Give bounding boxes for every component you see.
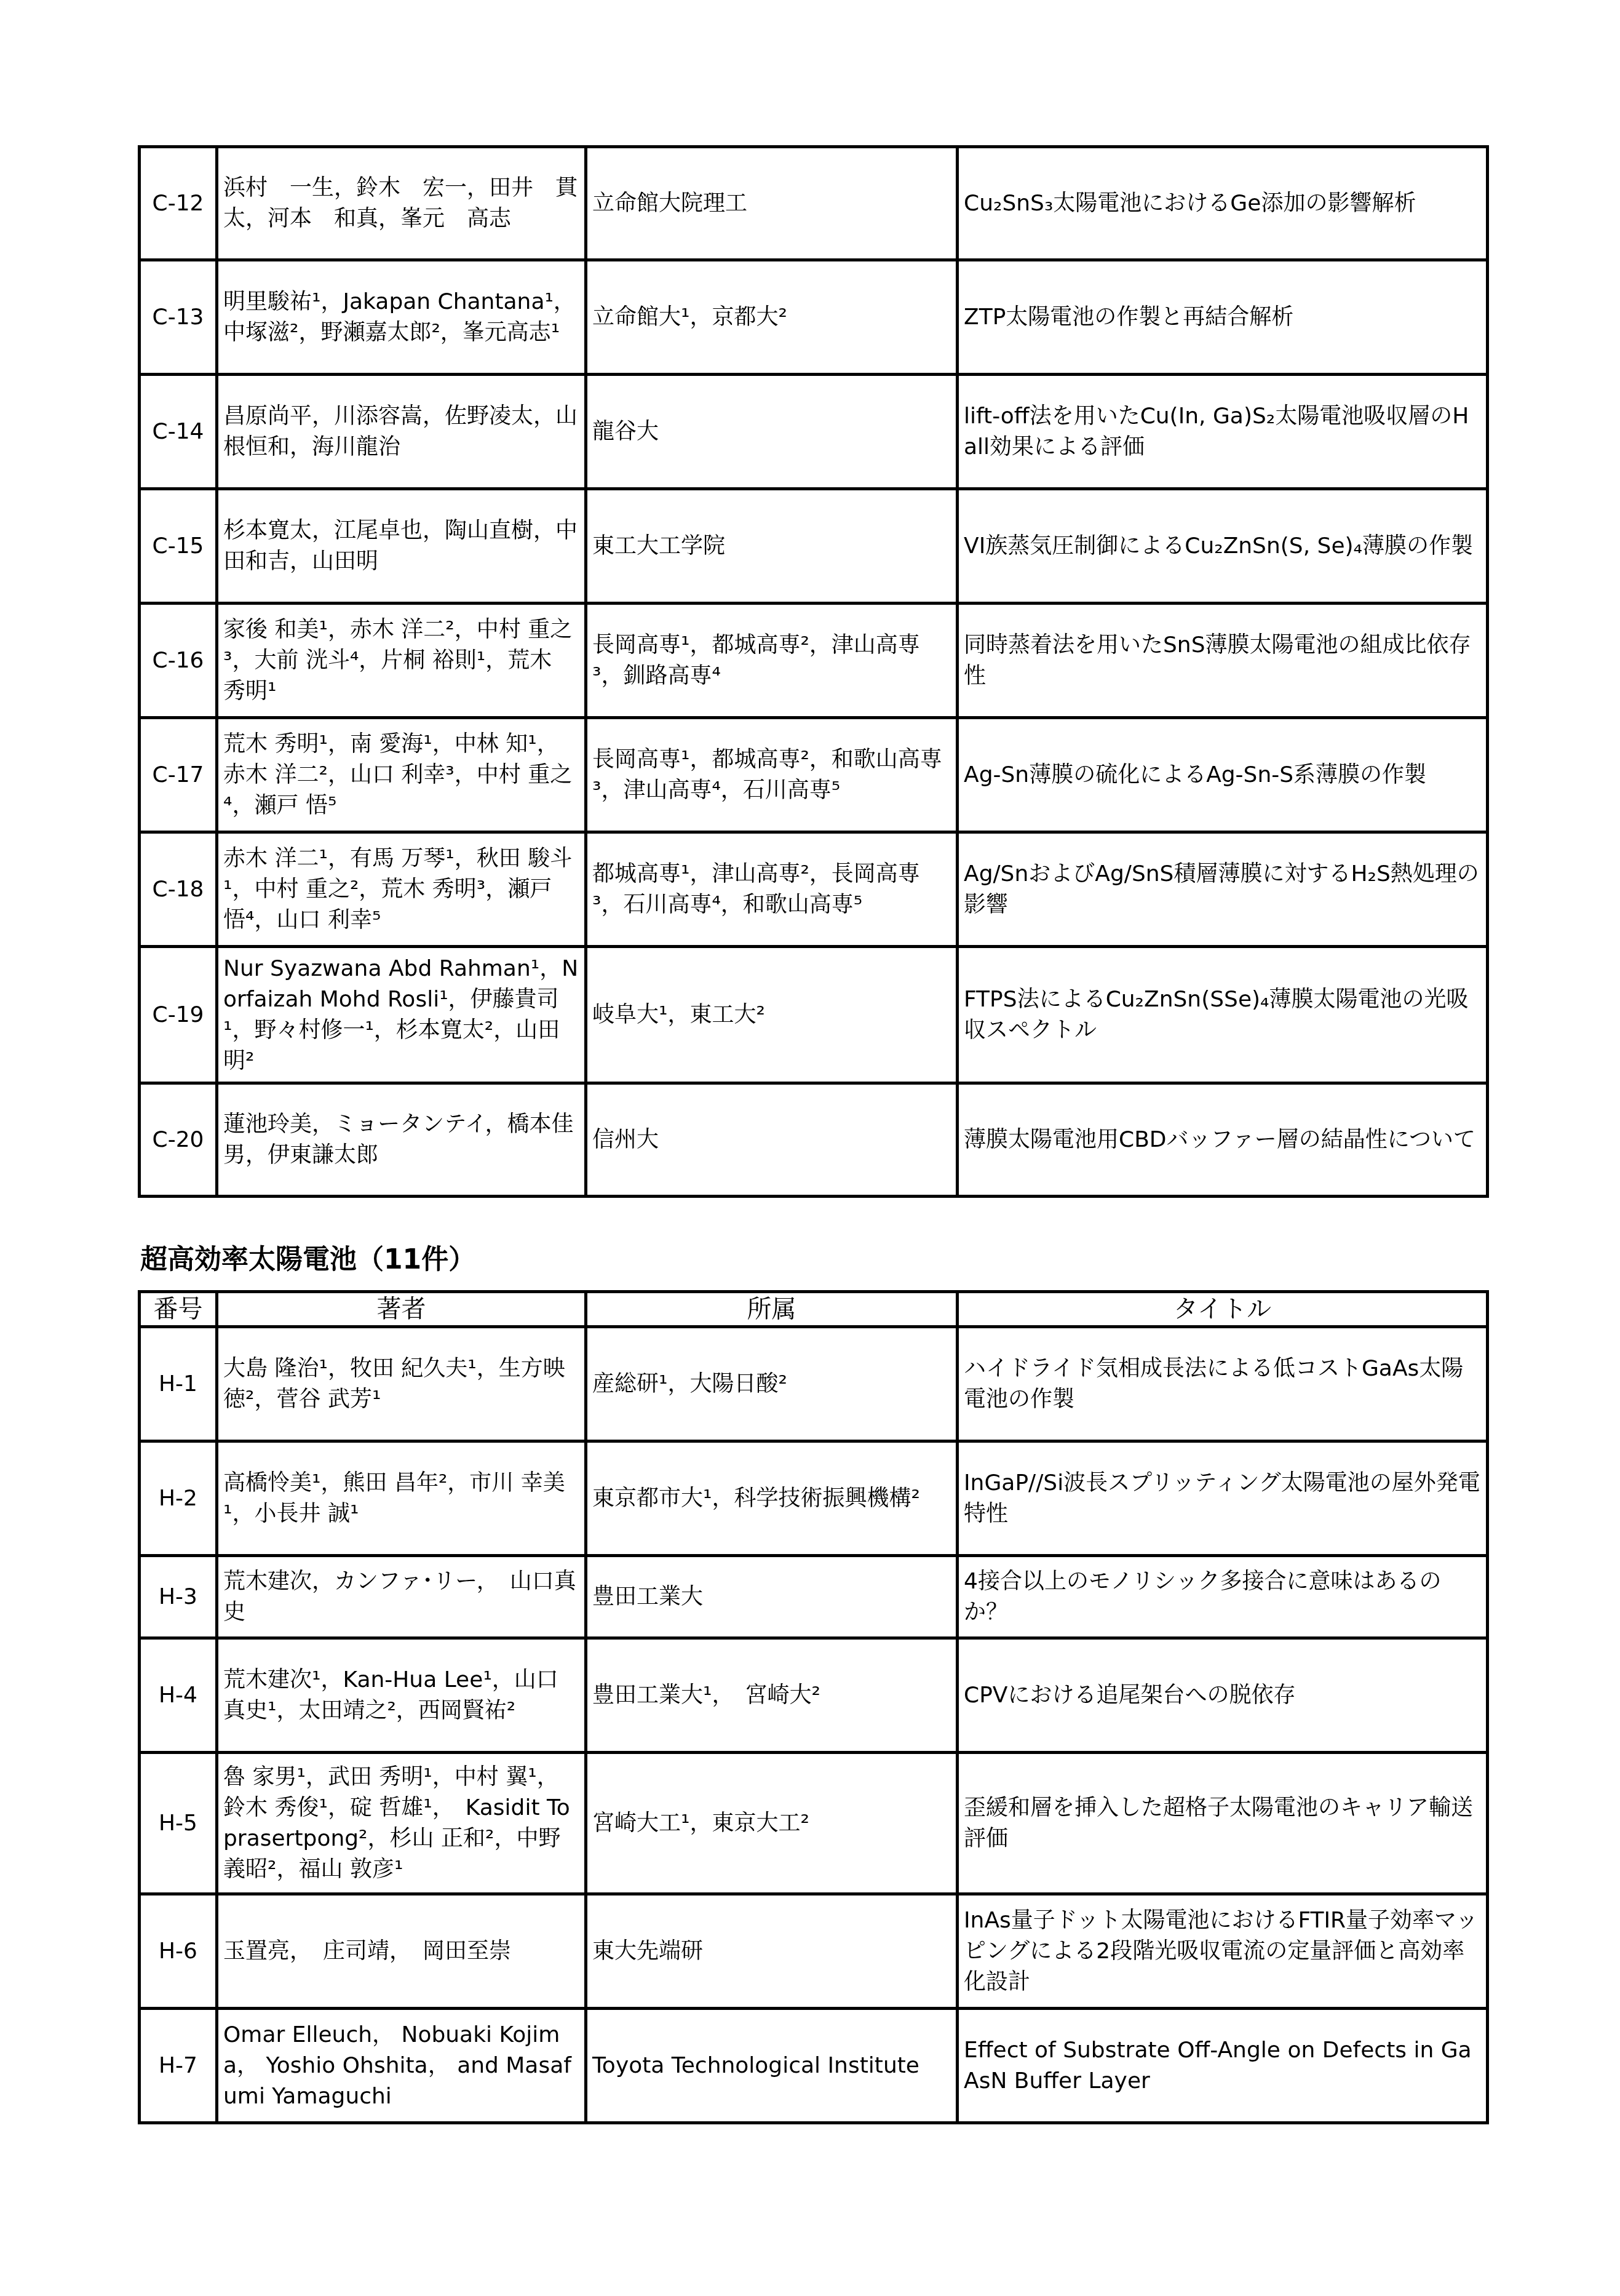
table-row: C-18赤木 洋二¹，有馬 万琴¹，秋田 駿斗¹，中村 重之²，荒木 秀明³，瀬… [140, 832, 1488, 947]
cell-title: 同時蒸着法を用いたSnS薄膜太陽電池の組成比依存性 [958, 604, 1488, 718]
table-row: H-6玉置亮， 庄司靖， 岡田至崇東大先端研InAs量子ドット太陽電池におけるF… [140, 1894, 1488, 2009]
cell-affiliation: 東工大工学院 [586, 489, 958, 604]
cell-authors: 高橋怜美¹，熊田 昌年²，市川 幸美¹，小長井 誠¹ [217, 1441, 586, 1556]
table-h-sessions: 番号 著者 所属 タイトル H-1大島 隆治¹，牧田 紀久夫¹，生方映徳²，菅谷… [138, 1290, 1489, 2124]
cell-title: 薄膜太陽電池用CBDバッファー層の結晶性について [958, 1083, 1488, 1197]
cell-number: C-17 [140, 718, 217, 832]
table-row: C-16家後 和美¹，赤木 洋二²，中村 重之³，大前 洸斗⁴，片桐 裕則¹，荒… [140, 604, 1488, 718]
header-authors: 著者 [217, 1292, 586, 1327]
cell-authors: 大島 隆治¹，牧田 紀久夫¹，生方映徳²，菅谷 武芳¹ [217, 1327, 586, 1441]
cell-number: H-5 [140, 1753, 217, 1894]
cell-authors: 赤木 洋二¹，有馬 万琴¹，秋田 駿斗¹，中村 重之²，荒木 秀明³，瀬戸 悟⁴… [217, 832, 586, 947]
cell-affiliation: Toyota Technological Institute [586, 2009, 958, 2123]
cell-title: 4接合以上のモノリシック多接合に意味はあるのか？ [958, 1556, 1488, 1638]
cell-number: H-3 [140, 1556, 217, 1638]
cell-authors: 魯 家男¹，武田 秀明¹，中村 翼¹，鈴木 秀俊¹，碇 哲雄¹， Kasidit… [217, 1753, 586, 1894]
cell-affiliation: 豊田工業大¹， 宮崎大² [586, 1638, 958, 1753]
cell-affiliation: 長岡高専¹，都城高専²，和歌山高専³，津山高専⁴，石川高専⁵ [586, 718, 958, 832]
cell-affiliation: 東大先端研 [586, 1894, 958, 2009]
cell-title: ハイドライド気相成長法による低コストGaAs太陽電池の作製 [958, 1327, 1488, 1441]
cell-affiliation: 産総研¹，大陽日酸² [586, 1327, 958, 1441]
cell-title: InAs量子ドット太陽電池におけるFTIR量子効率マッピングによる2段階光吸収電… [958, 1894, 1488, 2009]
table-row: C-15杉本寛太，江尾卓也，陶山直樹，中田和吉，山田明東工大工学院VI族蒸気圧制… [140, 489, 1488, 604]
table-row: C-12浜村 一生，鈴木 宏一，田井 貫太，河本 和真，峯元 高志立命館大院理工… [140, 147, 1488, 260]
cell-title: 歪緩和層を挿入した超格子太陽電池のキャリア輸送評価 [958, 1753, 1488, 1894]
table-header-row: 番号 著者 所属 タイトル [140, 1292, 1488, 1327]
table-row: H-5魯 家男¹，武田 秀明¹，中村 翼¹，鈴木 秀俊¹，碇 哲雄¹， Kasi… [140, 1753, 1488, 1894]
cell-title: Cu₂SnS₃太陽電池におけるGe添加の影響解析 [958, 147, 1488, 260]
cell-affiliation: 東京都市大¹，科学技術振興機構² [586, 1441, 958, 1556]
cell-number: H-1 [140, 1327, 217, 1441]
cell-affiliation: 龍谷大 [586, 375, 958, 489]
cell-number: C-15 [140, 489, 217, 604]
cell-authors: Omar Elleuch， Nobuaki Kojima， Yoshio Ohs… [217, 2009, 586, 2123]
cell-title: InGaP//Si波長スプリッティング太陽電池の屋外発電特性 [958, 1441, 1488, 1556]
header-affiliation: 所属 [586, 1292, 958, 1327]
cell-title: lift-off法を用いたCu(In, Ga)S₂太陽電池吸収層のHall効果に… [958, 375, 1488, 489]
cell-number: C-18 [140, 832, 217, 947]
table-row: C-20蓮池玲美，ミョータンテイ，橋本佳男，伊東謙太郎信州大薄膜太陽電池用CBD… [140, 1083, 1488, 1197]
table-row: H-2高橋怜美¹，熊田 昌年²，市川 幸美¹，小長井 誠¹東京都市大¹，科学技術… [140, 1441, 1488, 1556]
header-title: タイトル [958, 1292, 1488, 1327]
cell-title: FTPS法によるCu₂ZnSn(SSe)₄薄膜太陽電池の光吸収スペクトル [958, 947, 1488, 1083]
cell-affiliation: 岐阜大¹，東工大² [586, 947, 958, 1083]
cell-number: C-14 [140, 375, 217, 489]
cell-number: H-4 [140, 1638, 217, 1753]
cell-title: Ag-Sn薄膜の硫化によるAg-Sn-S系薄膜の作製 [958, 718, 1488, 832]
cell-authors: 蓮池玲美，ミョータンテイ，橋本佳男，伊東謙太郎 [217, 1083, 586, 1197]
cell-affiliation: 長岡高専¹，都城高専²，津山高専³，釧路高専⁴ [586, 604, 958, 718]
cell-authors: 杉本寛太，江尾卓也，陶山直樹，中田和吉，山田明 [217, 489, 586, 604]
header-number: 番号 [140, 1292, 217, 1327]
cell-title: CPVにおける追尾架台への脱依存 [958, 1638, 1488, 1753]
cell-number: H-6 [140, 1894, 217, 2009]
cell-number: C-19 [140, 947, 217, 1083]
cell-affiliation: 豊田工業大 [586, 1556, 958, 1638]
cell-title: Ag/SnおよびAg/SnS積層薄膜に対するH₂S熱処理の影響 [958, 832, 1488, 947]
table-row: C-19Nur Syazwana Abd Rahman¹，Norfaizah M… [140, 947, 1488, 1083]
cell-authors: 昌原尚平，川添容嵩，佐野凌太，山根恒和，海川龍治 [217, 375, 586, 489]
cell-authors: 荒木 秀明¹，南 愛海¹，中林 知¹，赤木 洋二²，山口 利幸³，中村 重之⁴，… [217, 718, 586, 832]
cell-authors: 明里駿祐¹，Jakapan Chantana¹，中塚滋²，野瀬嘉太郎²，峯元高志… [217, 260, 586, 375]
cell-authors: 浜村 一生，鈴木 宏一，田井 貫太，河本 和真，峯元 高志 [217, 147, 586, 260]
cell-affiliation: 信州大 [586, 1083, 958, 1197]
table-row: H-1大島 隆治¹，牧田 紀久夫¹，生方映徳²，菅谷 武芳¹産総研¹，大陽日酸²… [140, 1327, 1488, 1441]
section-heading-high-efficiency: 超高効率太陽電池（11件） [140, 1243, 475, 1277]
cell-number: C-13 [140, 260, 217, 375]
cell-number: C-12 [140, 147, 217, 260]
cell-authors: 荒木建次¹，Kan-Hua Lee¹，山口真史¹，太田靖之²，西岡賢祐² [217, 1638, 586, 1753]
cell-number: H-7 [140, 2009, 217, 2123]
cell-affiliation: 立命館大¹，京都大² [586, 260, 958, 375]
cell-authors: 家後 和美¹，赤木 洋二²，中村 重之³，大前 洸斗⁴，片桐 裕則¹，荒木 秀明… [217, 604, 586, 718]
table-c-sessions: C-12浜村 一生，鈴木 宏一，田井 貫太，河本 和真，峯元 高志立命館大院理工… [138, 145, 1489, 1198]
table-row: H-4荒木建次¹，Kan-Hua Lee¹，山口真史¹，太田靖之²，西岡賢祐²豊… [140, 1638, 1488, 1753]
cell-number: C-20 [140, 1083, 217, 1197]
table-row: H-3荒木建次，カンファ･リー， 山口真史豊田工業大4接合以上のモノリシック多接… [140, 1556, 1488, 1638]
cell-title: Effect of Substrate Off-Angle on Defects… [958, 2009, 1488, 2123]
table-row: C-13明里駿祐¹，Jakapan Chantana¹，中塚滋²，野瀬嘉太郎²，… [140, 260, 1488, 375]
table-row: C-17荒木 秀明¹，南 愛海¹，中林 知¹，赤木 洋二²，山口 利幸³，中村 … [140, 718, 1488, 832]
cell-title: ZTP太陽電池の作製と再結合解析 [958, 260, 1488, 375]
cell-authors: 玉置亮， 庄司靖， 岡田至崇 [217, 1894, 586, 2009]
cell-authors: 荒木建次，カンファ･リー， 山口真史 [217, 1556, 586, 1638]
cell-title: VI族蒸気圧制御によるCu₂ZnSn(S, Se)₄薄膜の作製 [958, 489, 1488, 604]
cell-affiliation: 立命館大院理工 [586, 147, 958, 260]
table-row: C-14昌原尚平，川添容嵩，佐野凌太，山根恒和，海川龍治龍谷大lift-off法… [140, 375, 1488, 489]
cell-affiliation: 都城高専¹，津山高専²，長岡高専³，石川高専⁴，和歌山高専⁵ [586, 832, 958, 947]
table-row: H-7Omar Elleuch， Nobuaki Kojima， Yoshio … [140, 2009, 1488, 2123]
cell-authors: Nur Syazwana Abd Rahman¹，Norfaizah Mohd … [217, 947, 586, 1083]
cell-affiliation: 宮崎大工¹，東京大工² [586, 1753, 958, 1894]
cell-number: H-2 [140, 1441, 217, 1556]
cell-number: C-16 [140, 604, 217, 718]
